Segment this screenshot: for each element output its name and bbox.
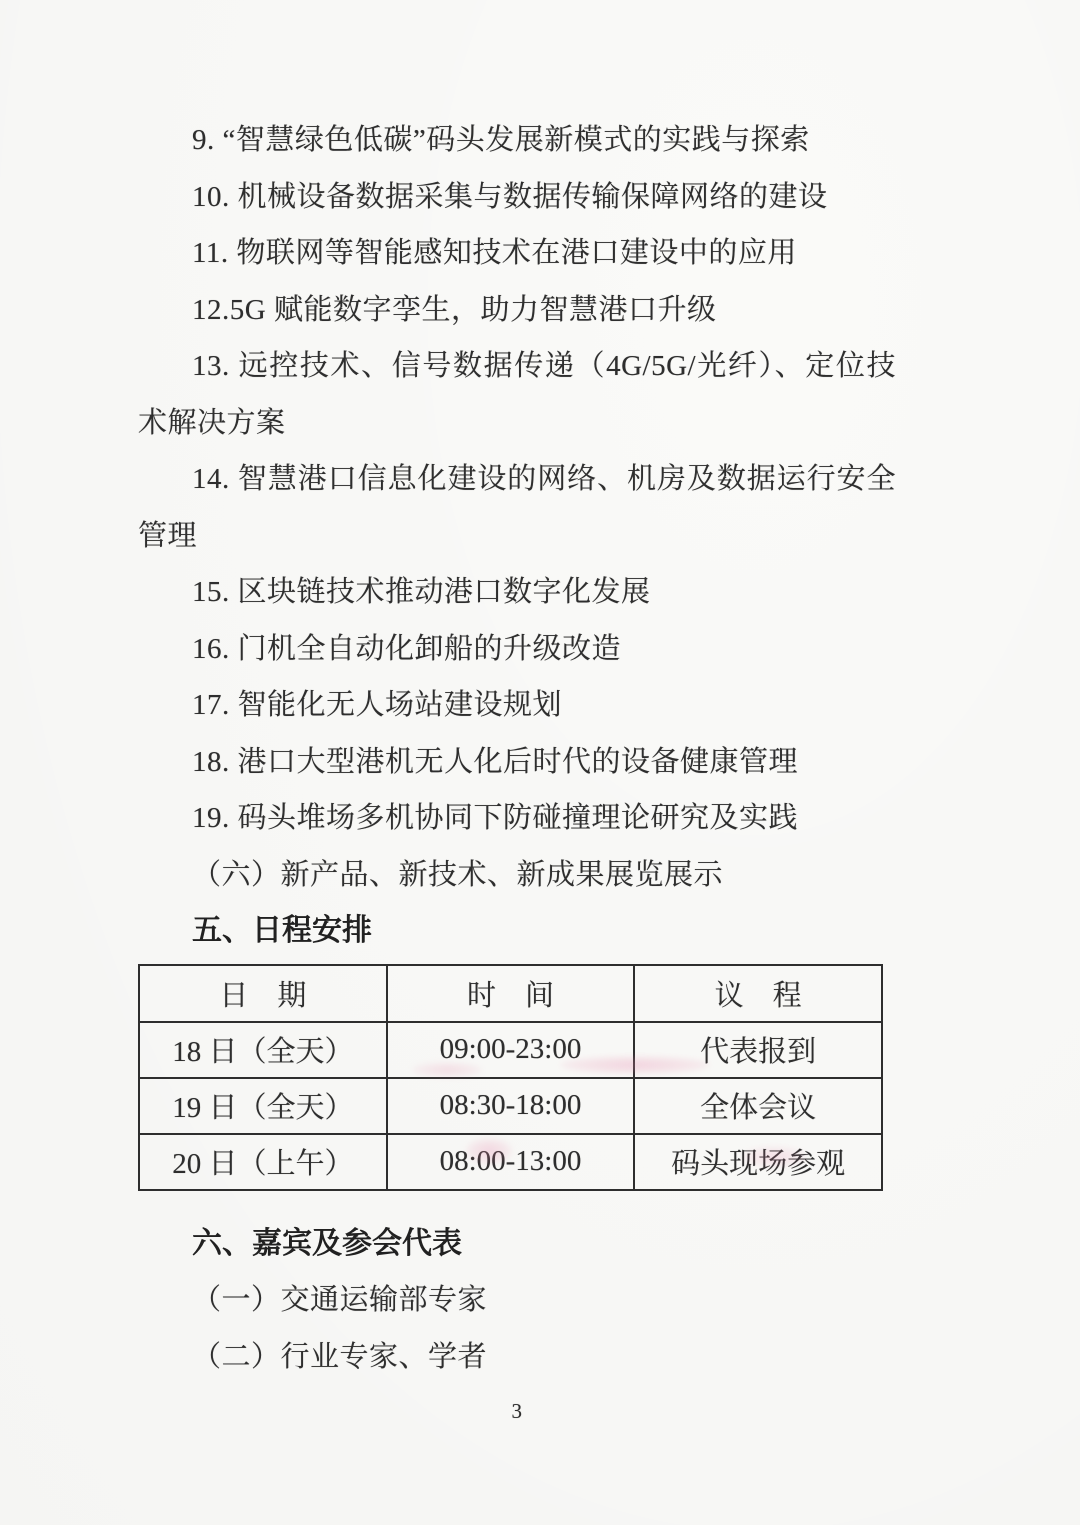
- table-row: 19 日（全天） 08:30-18:00 全体会议: [139, 1078, 882, 1134]
- guest-item-experts-mot: （一）交通运输部专家: [138, 1272, 896, 1329]
- page-number: 3: [138, 1385, 896, 1437]
- agenda-item-exhibition: （六）新产品、新技术、新成果展览展示: [138, 847, 896, 904]
- table-cell-date: 19 日（全天）: [139, 1078, 387, 1134]
- schedule-table: 日 期 时 间 议 程 18 日（全天） 09:00-23:00 代表报到 19…: [138, 964, 883, 1191]
- table-cell-agenda: 代表报到: [634, 1022, 882, 1078]
- table-header-date: 日 期: [139, 965, 387, 1022]
- agenda-item-10: 10. 机械设备数据采集与数据传输保障网络的建设: [138, 169, 896, 226]
- agenda-item-19: 19. 码头堆场多机协同下防碰撞理论研究及实践: [138, 790, 896, 847]
- agenda-item-12: 12.5G 赋能数字孪生，助力智慧港口升级: [138, 282, 896, 339]
- agenda-item-14: 14. 智慧港口信息化建设的网络、机房及数据运行安全管理: [138, 451, 896, 564]
- table-header-row: 日 期 时 间 议 程: [139, 965, 882, 1022]
- table-cell-time: 08:00-13:00: [387, 1134, 635, 1190]
- agenda-item-9: 9. “智慧绿色低碳”码头发展新模式的实践与探索: [138, 112, 896, 169]
- section-heading-guests: 六、嘉宾及参会代表: [138, 1216, 896, 1273]
- agenda-item-15: 15. 区块链技术推动港口数字化发展: [138, 564, 896, 621]
- table-cell-date: 18 日（全天）: [139, 1022, 387, 1078]
- document-page: 9. “智慧绿色低碳”码头发展新模式的实践与探索 10. 机械设备数据采集与数据…: [0, 0, 1080, 1525]
- agenda-item-13: 13. 远控技术、信号数据传递（4G/5G/光纤）、定位技术解决方案: [138, 338, 896, 451]
- table-cell-date: 20 日（上午）: [139, 1134, 387, 1190]
- schedule-table-header: 日 期 时 间 议 程: [139, 965, 882, 1022]
- document-content: 9. “智慧绿色低碳”码头发展新模式的实践与探索 10. 机械设备数据采集与数据…: [138, 112, 896, 1437]
- guest-item-industry-scholars: （二）行业专家、学者: [138, 1329, 896, 1386]
- agenda-item-11: 11. 物联网等智能感知技术在港口建设中的应用: [138, 225, 896, 282]
- table-header-agenda: 议 程: [634, 965, 882, 1022]
- table-row: 18 日（全天） 09:00-23:00 代表报到: [139, 1022, 882, 1078]
- section-heading-schedule: 五、日程安排: [138, 903, 896, 960]
- schedule-table-body: 18 日（全天） 09:00-23:00 代表报到 19 日（全天） 08:30…: [139, 1022, 882, 1190]
- agenda-item-16: 16. 门机全自动化卸船的升级改造: [138, 621, 896, 678]
- table-cell-agenda: 码头现场参观: [634, 1134, 882, 1190]
- table-cell-agenda: 全体会议: [634, 1078, 882, 1134]
- agenda-item-18: 18. 港口大型港机无人化后时代的设备健康管理: [138, 734, 896, 791]
- table-cell-time: 08:30-18:00: [387, 1078, 635, 1134]
- agenda-item-17: 17. 智能化无人场站建设规划: [138, 677, 896, 734]
- table-row: 20 日（上午） 08:00-13:00 码头现场参观: [139, 1134, 882, 1190]
- table-header-time: 时 间: [387, 965, 635, 1022]
- table-cell-time: 09:00-23:00: [387, 1022, 635, 1078]
